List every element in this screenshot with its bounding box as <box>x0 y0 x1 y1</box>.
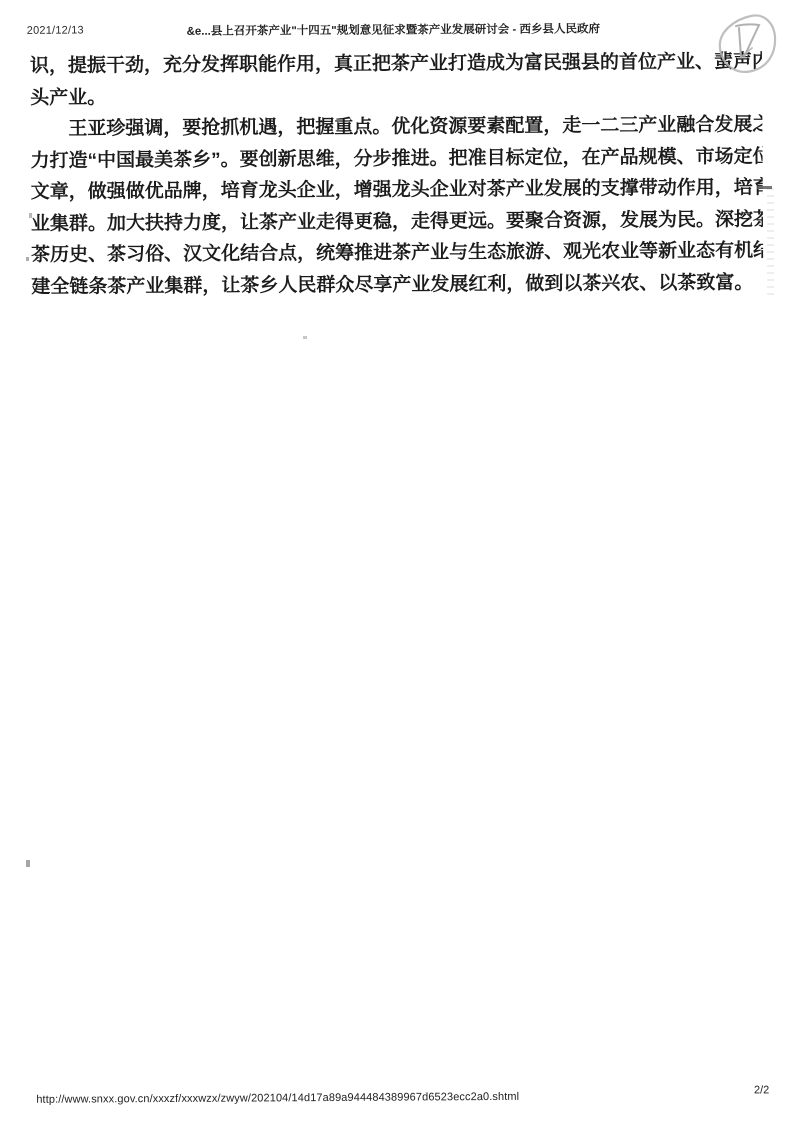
scan-speck <box>26 860 30 867</box>
body-line: 建全链条茶产业集群，让茶乡人民群众尽享产业发展红利，做到以茶兴农、以茶致富。 <box>31 267 763 303</box>
body-line: 业集群。加大扶持力度，让茶产业走得更稳，走得更远。要聚合资源，发展为民。深挖茶产… <box>31 204 763 240</box>
body-line: 识，提振干劲，充分发挥职能作用，真正把茶产业打造成为富民强县的首位产业、蜚声内外… <box>30 46 762 82</box>
print-header-document-title: &e...县上召开茶产业"十四五"规划意见征求暨茶产业发展研讨会 - 西乡县人民… <box>77 20 710 40</box>
paragraph: 识，提振干劲，充分发挥职能作用，真正把茶产业打造成为富民强县的首位产业、蜚声内外… <box>30 46 762 113</box>
print-header-date: 2021/12/13 <box>27 24 84 36</box>
print-footer-url: http://www.snxx.gov.cn/xxxzf/xxxwzx/zwyw… <box>36 1091 519 1106</box>
scan-speck <box>303 336 307 339</box>
print-footer-page-number: 2/2 <box>754 1084 769 1096</box>
body-line: 茶历史、茶习俗、汉文化结合点，统筹推进茶产业与生态旅游、观光农业等新业态有机结合… <box>31 235 763 271</box>
body-line: 王亚珍强调，要抢抓机遇，把握重点。优化资源要素配置，走一二三产业融合发展之路，着 <box>30 109 762 145</box>
body-line: 头产业。 <box>30 78 762 114</box>
scan-speck <box>29 213 32 218</box>
scan-noise-strip <box>767 188 774 300</box>
scanned-document-content: 2021/12/13 &e...县上召开茶产业"十四五"规划意见征求暨茶产业发展… <box>0 0 793 1122</box>
body-line: 力打造“中国最美茶乡”。要创新思维，分步推进。把准目标定位，在产品规模、市场定位… <box>30 141 762 177</box>
handwritten-circle-mark <box>711 11 779 81</box>
scan-speck <box>26 257 29 261</box>
print-preview-page: 2021/12/13 &e...县上召开茶产业"十四五"规划意见征求暨茶产业发展… <box>0 0 793 1122</box>
paragraph: 王亚珍强调，要抢抓机遇，把握重点。优化资源要素配置，走一二三产业融合发展之路，着… <box>30 109 763 302</box>
body-line: 文章，做强做优品牌，培育龙头企业，增强龙头企业对茶产业发展的支撑带动作用，培育茶… <box>31 172 763 208</box>
document-body: 识，提振干劲，充分发挥职能作用，真正把茶产业打造成为富民强县的首位产业、蜚声内外… <box>30 46 764 302</box>
